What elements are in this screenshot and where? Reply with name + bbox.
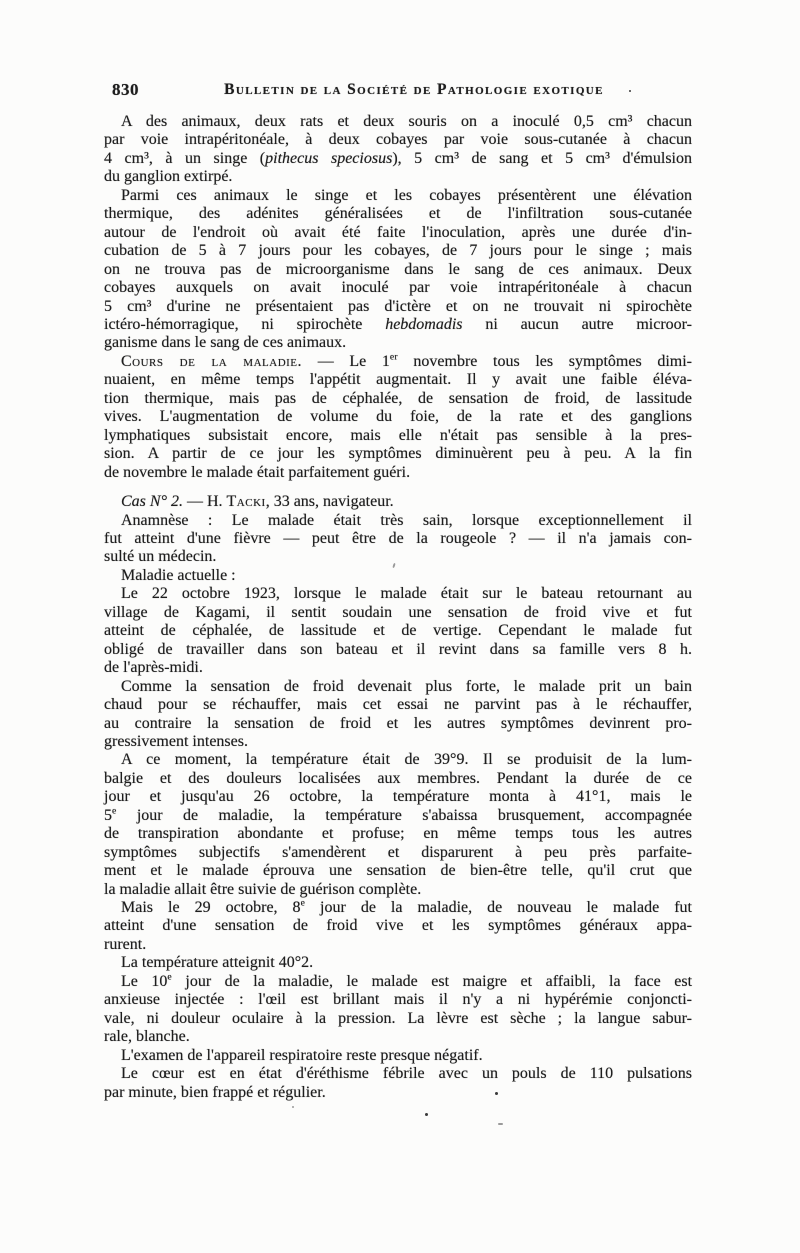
text-line: on ne trouva pas de microorganisme dans …: [104, 261, 692, 279]
scanned-page: 830 Bulletin de la Société de Pathologie…: [0, 0, 800, 1253]
text-line: Mais le 29 octobre, 8e jour de la maladi…: [104, 899, 692, 917]
text-line: de novembre le malade était parfaitement…: [104, 464, 692, 482]
text-line: de transpiration abondante et profuse; e…: [104, 825, 692, 843]
text-line: jour et jusqu'au 26 octobre, la températ…: [104, 788, 692, 806]
text-line: obligé de travailler dans son bateau et …: [104, 641, 692, 659]
text-line: Comme la sensation de froid devenait plu…: [104, 678, 692, 696]
text-line: A ce moment, la température était de 39°…: [104, 751, 692, 769]
text-line: A des animaux, deux rats et deux souris …: [104, 113, 692, 131]
text-line: 4 cm³, à un singe (pithecus speciosus), …: [104, 150, 692, 168]
text-line: ganisme dans le sang de ces animaux.: [104, 334, 692, 352]
text-line: du ganglion extirpé.: [104, 168, 692, 186]
text-line: de l'après-midi.: [104, 659, 692, 677]
scan-speckle: [425, 1113, 428, 1116]
text-line: 5e jour de maladie, la température s'aba…: [104, 807, 692, 825]
text-line: atteint d'une sensation de froid vive et…: [104, 917, 692, 935]
text-line: autour de l'endroit où avait été faite l…: [104, 224, 692, 242]
text-line: Anamnèse : Le malade était très sain, lo…: [104, 512, 692, 530]
text-line: village de Kagami, il sentit soudain une…: [104, 604, 692, 622]
text-line: Maladie actuelle :: [104, 567, 692, 585]
text-line: atteint de céphalée, de lassitude et de …: [104, 622, 692, 640]
text-line: Le 22 octobre 1923, lorsque le malade ét…: [104, 585, 692, 603]
text-line: chaud pour se réchauffer, mais cet essai…: [104, 696, 692, 714]
text-line: vives. L'augmentation de volume du foie,…: [104, 408, 692, 426]
text-line: Le cœur est en état d'éréthisme fébrile …: [104, 1065, 692, 1083]
text-line: rale, blanche.: [104, 1028, 692, 1046]
text-line: gressivement intenses.: [104, 733, 692, 751]
text-line: sulté un médecin.: [104, 548, 692, 566]
text-line: 5 cm³ d'urine ne présentaient pas d'ictè…: [104, 298, 692, 316]
text-line: nuaient, en même temps l'appétit augment…: [104, 371, 692, 389]
text-line: tion thermique, mais pas de céphalée, de…: [104, 390, 692, 408]
page-header: 830 Bulletin de la Société de Pathologie…: [104, 80, 694, 102]
text-line: Cours de la maladie. — Le 1er novembre t…: [104, 353, 692, 371]
text-line: Parmi ces animaux le singe et les cobaye…: [104, 187, 692, 205]
scan-speckle: [292, 1106, 294, 1108]
scan-speckle: [629, 90, 631, 92]
text-line: cobayes auxquels on avait inoculé par vo…: [104, 279, 692, 297]
text-line: vale, ni douleur oculaire à la pression.…: [104, 1010, 692, 1028]
text-line: au contraire la sensation de froid et le…: [104, 715, 692, 733]
text-line: fut atteint d'une fièvre — peut être de …: [104, 530, 692, 548]
text-line: anxieuse injectée : l'œil est brillant m…: [104, 991, 692, 1009]
text-line: ictéro-hémorragique, ni spirochète hebdo…: [104, 316, 692, 334]
text-line: lymphatiques subsistait encore, mais ell…: [104, 427, 692, 445]
text-line: la maladie allait être suivie de guériso…: [104, 881, 692, 899]
text-line: ment et le malade éprouva une sensation …: [104, 862, 692, 880]
text-line: par voie intrapéritonéale, à deux cobaye…: [104, 131, 692, 149]
text-line: cubation de 5 à 7 jours pour les cobayes…: [104, 242, 692, 260]
text-line: balgie et des douleurs localisées aux me…: [104, 770, 692, 788]
page-body: A des animaux, deux rats et deux souris …: [104, 113, 692, 1102]
text-line: thermique, des adénites généralisées et …: [104, 205, 692, 223]
text-line: L'examen de l'appareil respiratoire rest…: [104, 1047, 692, 1065]
scan-speckle: [498, 1123, 503, 1125]
running-title: Bulletin de la Société de Pathologie exo…: [164, 81, 664, 99]
page-number: 830: [112, 80, 139, 100]
text-line: sion. A partir de ce jour les symptômes …: [104, 445, 692, 463]
text-line: rurent.: [104, 936, 692, 954]
scan-speckle: [495, 1092, 498, 1095]
text-line: symptômes subjectifs s'amendèrent et dis…: [104, 844, 692, 862]
text-line: Cas N° 2. — H. Tacki, 33 ans, navigateur…: [104, 493, 692, 511]
text-line: Le 10e jour de la maladie, le malade est…: [104, 973, 692, 991]
text-line: par minute, bien frappé et régulier.: [104, 1084, 692, 1102]
text-line: La température atteignit 40°2.: [104, 954, 692, 972]
